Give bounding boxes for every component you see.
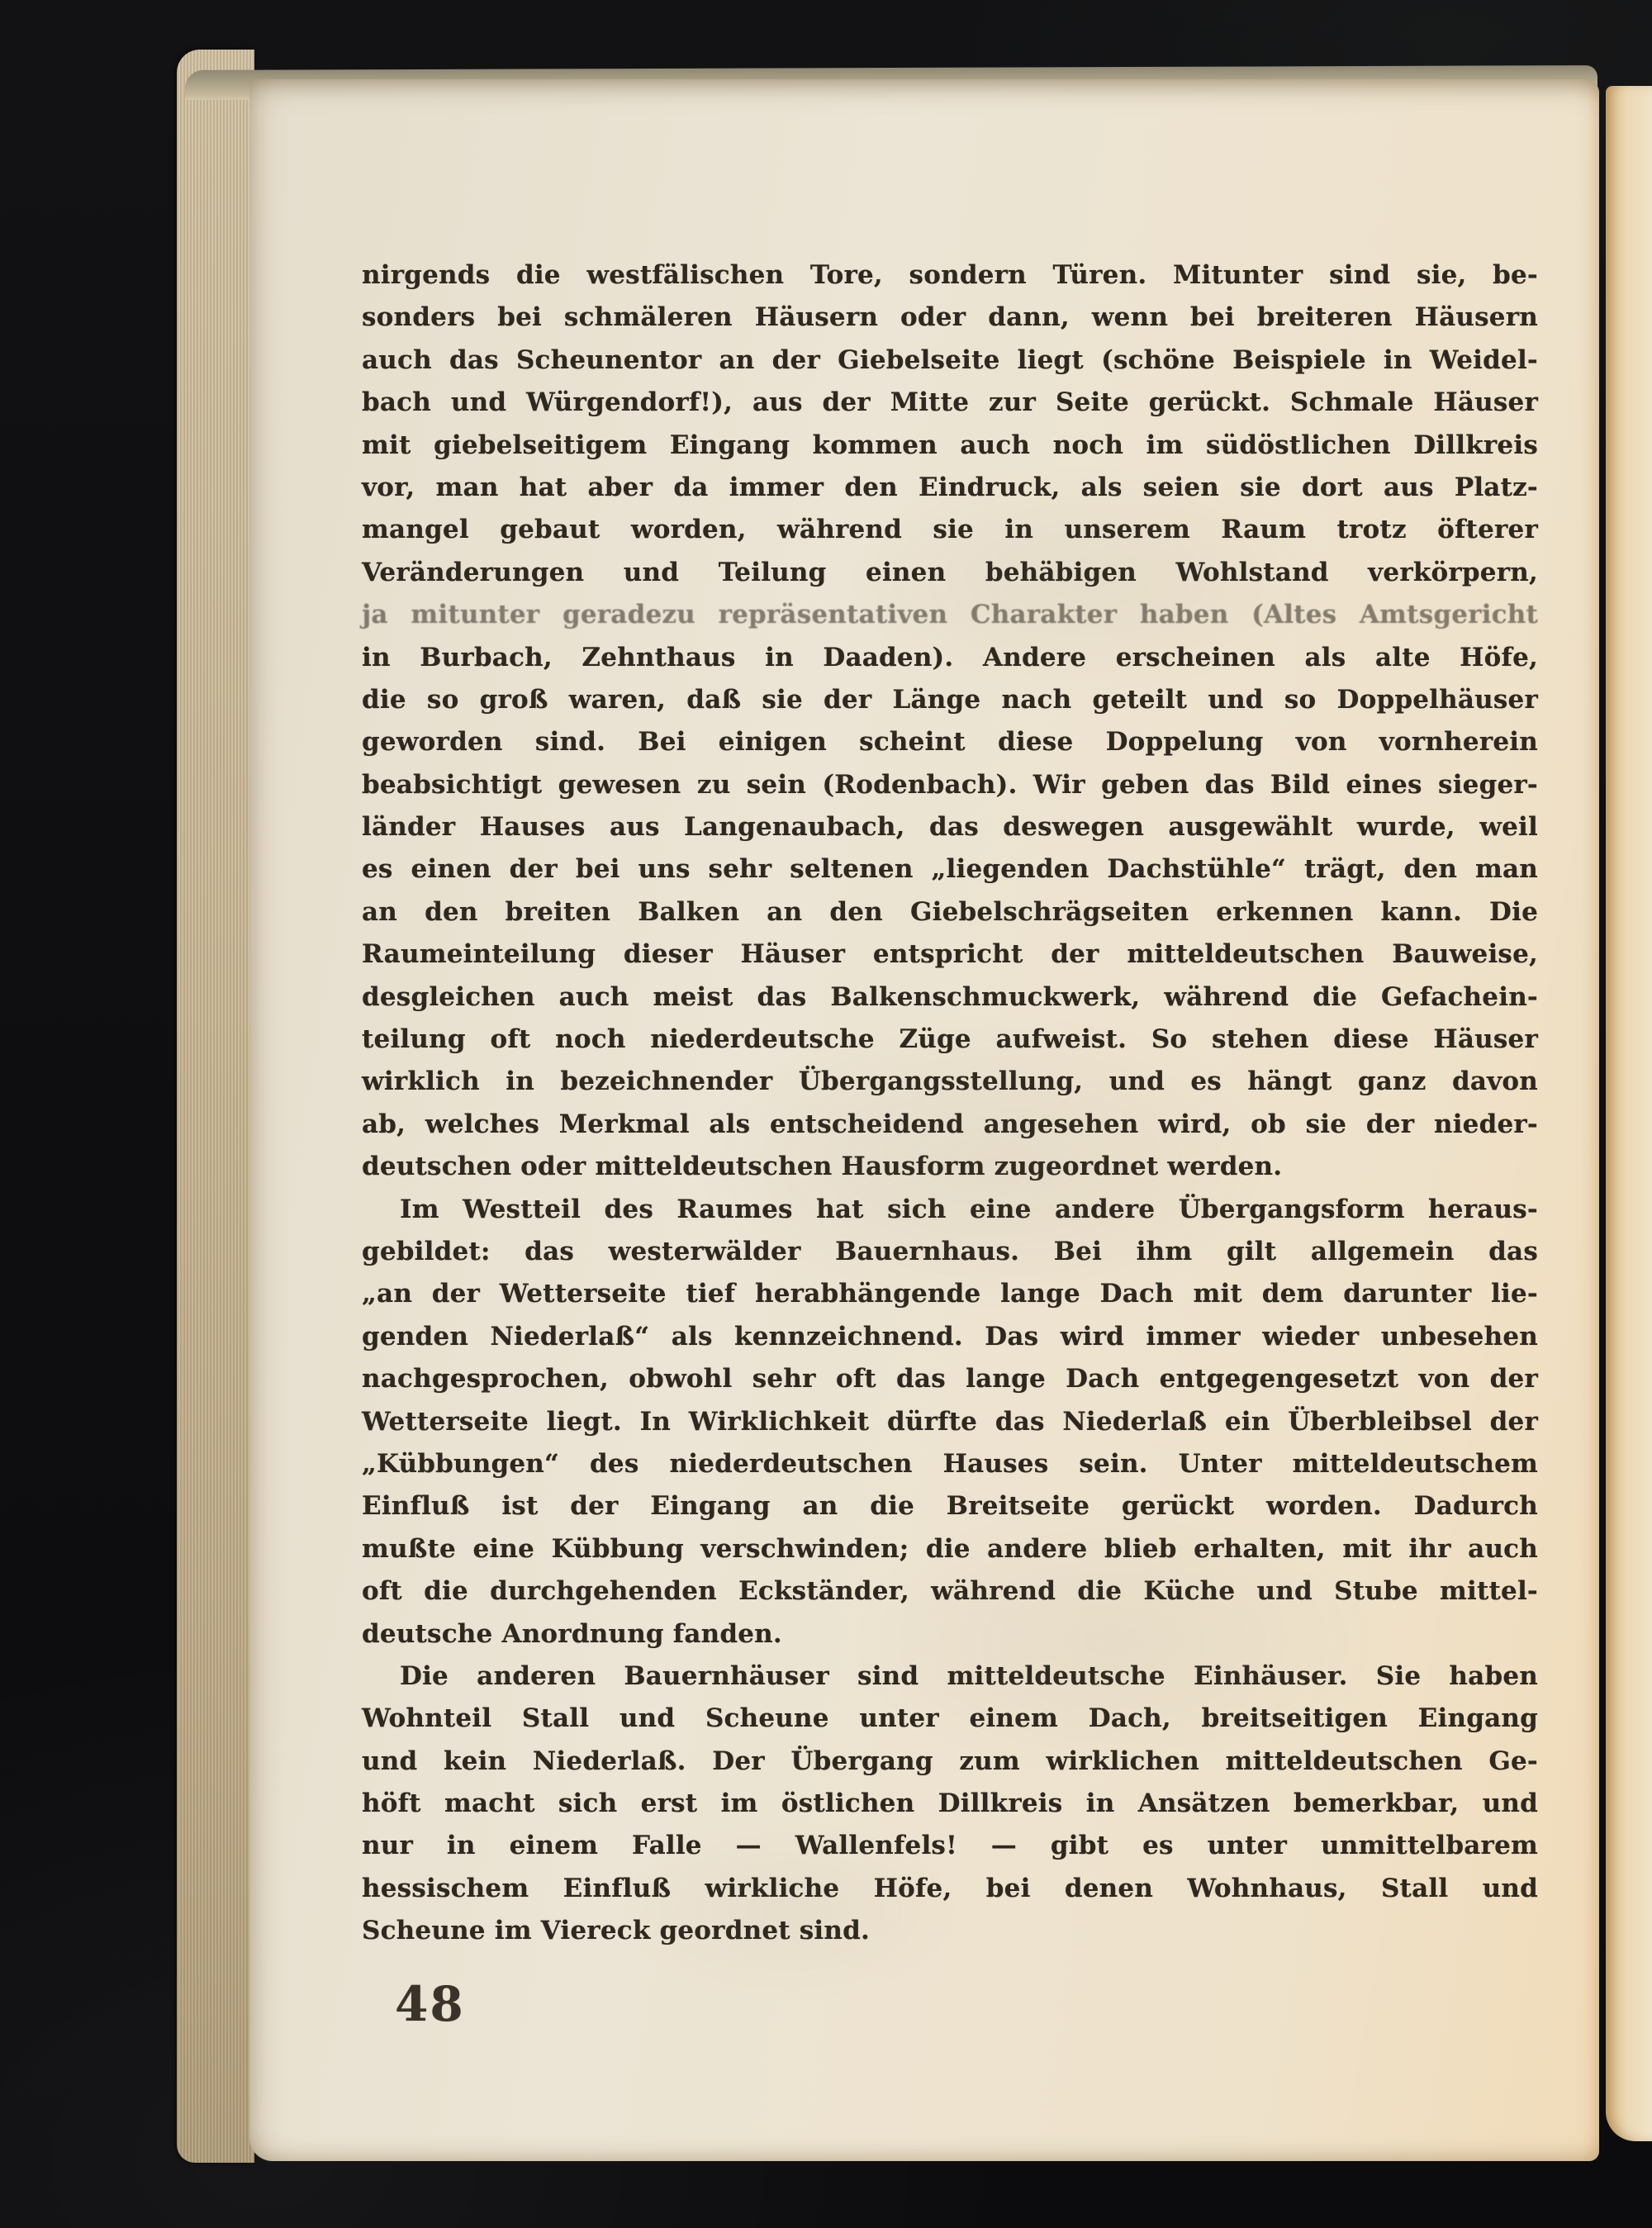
book-page: nirgends die westfälischen Tore, sondern… [249, 79, 1599, 2161]
text-line: deutschen oder mitteldeutschen Hausform … [362, 1146, 1538, 1188]
text-line: ab, welches Merkmal als entscheidend ang… [362, 1104, 1538, 1146]
text-line: Veränderungen und Teilung einen behäbige… [362, 552, 1538, 594]
paragraph: Im Westteil des Raumes hat sich eine and… [362, 1189, 1538, 1656]
text-line: genden Niederlaß“ als kennzeichnend. Das… [362, 1316, 1538, 1358]
text-line: auch das Scheunentor an der Giebelseite … [362, 340, 1538, 382]
text-line: in Burbach, Zehnthaus in Daaden). Andere… [362, 637, 1538, 679]
text-line: mußte eine Kübbung verschwinden; die and… [362, 1528, 1538, 1570]
page-text-block: nirgends die westfälischen Tore, sondern… [362, 254, 1538, 1953]
text-line: es einen der bei uns sehr seltenen „lieg… [362, 848, 1538, 891]
page-number: 48 [395, 1976, 465, 2032]
text-line: oft die durchgehenden Eckständer, währen… [362, 1570, 1538, 1613]
text-line: sonders bei schmäleren Häusern oder dann… [362, 297, 1538, 339]
text-line: Wohnteil Stall und Scheune unter einem D… [362, 1698, 1538, 1740]
text-line: an den breiten Balken an den Giebelschrä… [362, 891, 1538, 933]
text-line: nur in einem Falle — Wallenfels! — gibt … [362, 1825, 1538, 1867]
text-line: bach und Würgendorf!), aus der Mitte zur… [362, 382, 1538, 424]
text-line: Einfluß ist der Eingang an die Breitseit… [362, 1485, 1538, 1527]
text-line: mangel gebaut worden, während sie in uns… [362, 509, 1538, 551]
page-stack-fore-edge [177, 50, 254, 2163]
text-line: ja mitunter geradezu repräsentativen Cha… [362, 594, 1538, 636]
text-line: geworden sind. Bei einigen scheint diese… [362, 721, 1538, 763]
text-line: teilung oft noch niederdeutsche Züge auf… [362, 1019, 1538, 1061]
paragraph: Die anderen Bauernhäuser sind mitteldeut… [362, 1656, 1538, 1953]
text-line: Im Westteil des Raumes hat sich eine and… [362, 1189, 1538, 1231]
text-line: vor, man hat aber da immer den Eindruck,… [362, 467, 1538, 509]
paragraph: nirgends die westfälischen Tore, sondern… [362, 254, 1538, 1189]
facing-page-sliver [1606, 86, 1652, 2141]
text-line: nachgesprochen, obwohl sehr oft das lang… [362, 1358, 1538, 1400]
text-line: Wetterseite liegt. In Wirklichkeit dürft… [362, 1401, 1538, 1443]
text-line: deutsche Anordnung fanden. [362, 1613, 1538, 1656]
text-line: desgleichen auch meist das Balkenschmuck… [362, 976, 1538, 1019]
text-line: Scheune im Viereck geordnet sind. [362, 1910, 1538, 1952]
text-line: hessischem Einfluß wirkliche Höfe, bei d… [362, 1868, 1538, 1910]
text-line: nirgends die westfälischen Tore, sondern… [362, 254, 1538, 297]
text-line: Raumeinteilung dieser Häuser entspricht … [362, 933, 1538, 976]
text-line: beabsichtigt gewesen zu sein (Rodenbach)… [362, 764, 1538, 806]
book-photo: nirgends die westfälischen Tore, sondern… [0, 0, 1652, 2228]
text-line: „Kübbungen“ des niederdeutschen Hauses s… [362, 1443, 1538, 1485]
text-line: die so groß waren, daß sie der Länge nac… [362, 679, 1538, 721]
text-line: wirklich in bezeichnender Übergangsstell… [362, 1061, 1538, 1103]
text-line: „an der Wetterseite tief herabhängende l… [362, 1273, 1538, 1315]
text-line: mit giebelseitigem Eingang kommen auch n… [362, 425, 1538, 467]
text-line: länder Hauses aus Langenaubach, das desw… [362, 806, 1538, 848]
text-line: und kein Niederlaß. Der Übergang zum wir… [362, 1741, 1538, 1783]
text-line: gebildet: das westerwälder Bauernhaus. B… [362, 1231, 1538, 1273]
screenshot-root: { "colors": { "bg": "#0f0f11", "paper": … [0, 0, 1652, 2228]
text-line: höft macht sich erst im östlichen Dillkr… [362, 1783, 1538, 1825]
text-line: Die anderen Bauernhäuser sind mitteldeut… [362, 1656, 1538, 1698]
